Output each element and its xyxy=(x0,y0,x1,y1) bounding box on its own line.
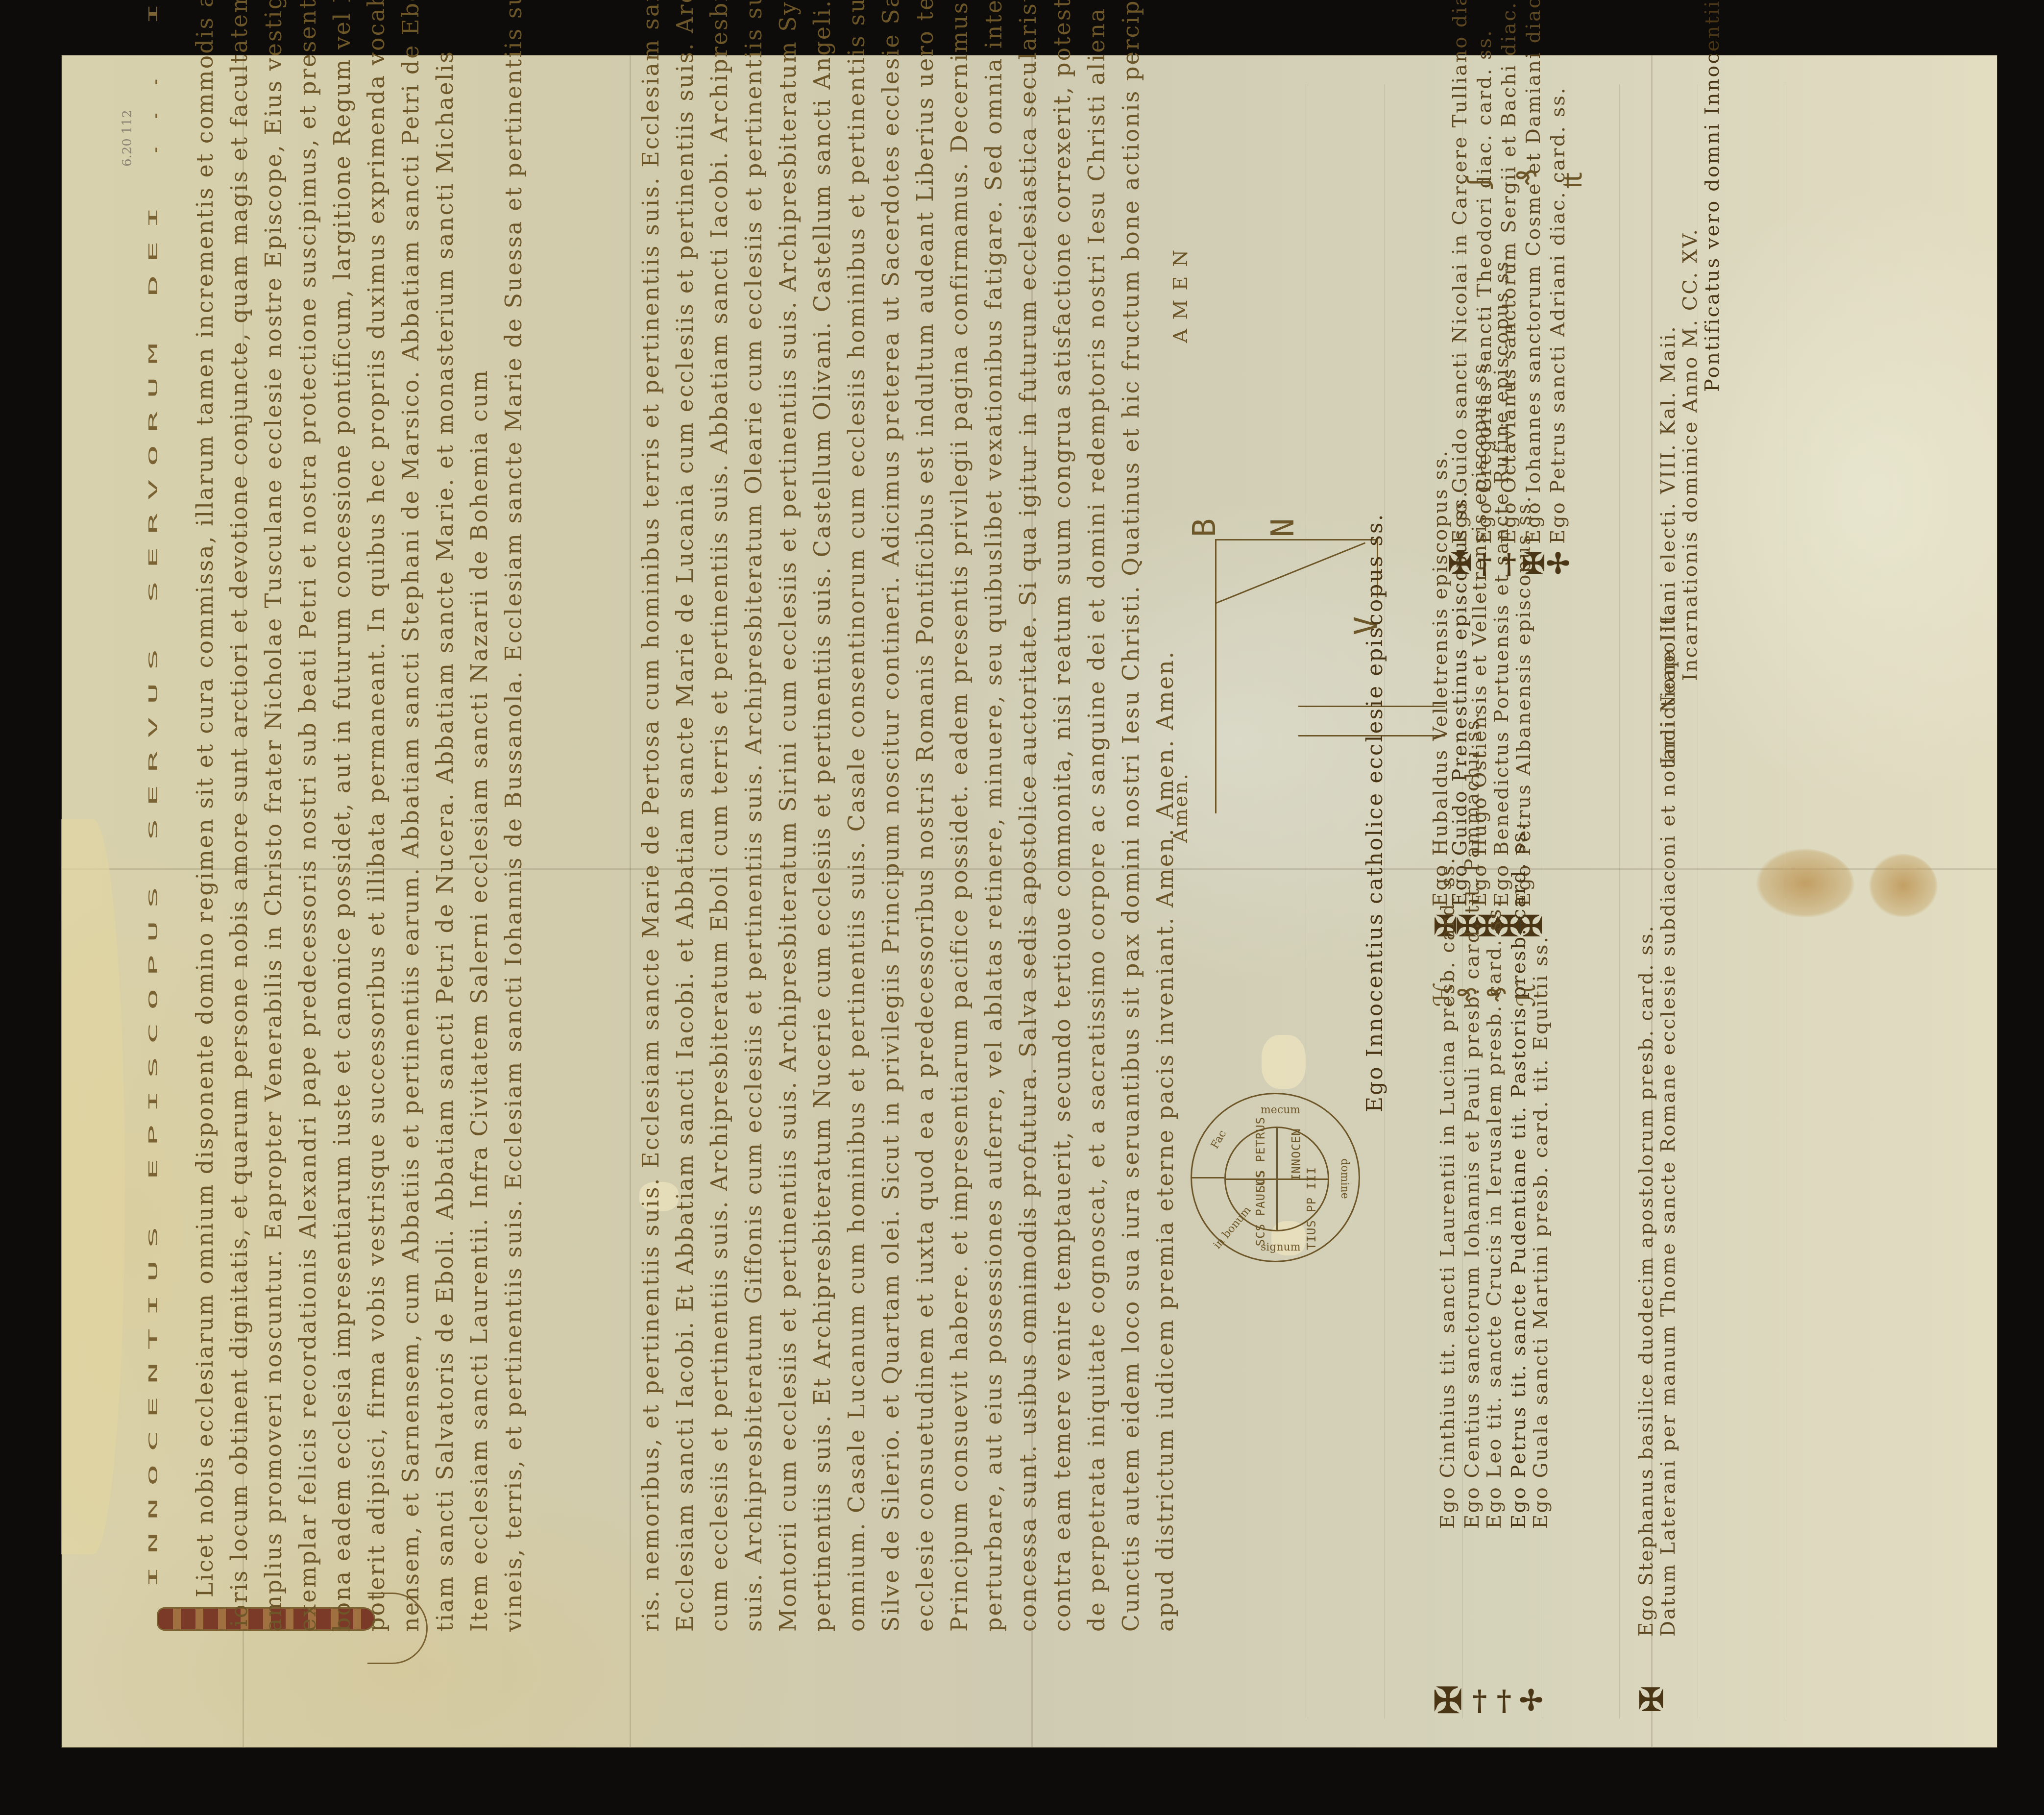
cross-icon: ✢ xyxy=(1543,549,1573,578)
text-line: nensem, et Sarnensem, cum Abbatiis et pe… xyxy=(399,0,422,1632)
text-line: Licet nobis ecclesiarum omnium disponent… xyxy=(194,0,216,1597)
datum-incarnation: Incarnationis dominice Anno M. CC. XV. xyxy=(1680,228,1700,681)
rota-motto-part: mecum xyxy=(1261,1104,1300,1116)
subscription-line: Ego Iohannes sanctorum Cosme et Damiani … xyxy=(1524,0,1543,544)
text-line: vineis, terris, et pertinentiis suis. Ec… xyxy=(502,0,525,1632)
cross-icon: † xyxy=(1489,1686,1519,1715)
amen-mark: Amen. xyxy=(1171,772,1191,843)
rota-sign: SCS PETRUS SCS PAULUS INNOCEN TIUS PP II… xyxy=(1191,1093,1360,1262)
text-line: pertinentiis suis. Et Archipresbiteratum… xyxy=(811,0,833,1632)
monogram-stroke xyxy=(1215,539,1217,603)
rota-motto-part: domine xyxy=(1338,1158,1351,1199)
text-line: contra eam temere venire temptauerit, se… xyxy=(1051,0,1073,1632)
rota-cross-arm xyxy=(1192,1177,1224,1178)
pencil-annotation: 6.20 112 xyxy=(120,110,135,167)
text-line: amplius promoveri noscuntur. Eapropter V… xyxy=(262,0,285,1632)
rota-quadrant: SCS PAULUS xyxy=(1254,1171,1267,1247)
cross-icon: ✢ xyxy=(1516,1686,1546,1715)
datum-pontificate: Pontificatus vero domni Innocentii PP. I… xyxy=(1703,0,1722,392)
text-line: Cunctis autem eidem loco sua iura seruan… xyxy=(1119,0,1142,1632)
water-stain xyxy=(1869,854,1938,917)
text-line: Principum consuevit habere. et impresent… xyxy=(948,0,971,1632)
subscription-line: Ego Hubaldus Velletrensis episcopus ss. xyxy=(1431,449,1450,907)
subscription-line: Ego Cinthius tit. sancti Laurentii in Lu… xyxy=(1438,857,1458,1529)
subscription-line: Ego Guala sancti Martini presb. card. ti… xyxy=(1531,935,1551,1529)
amen-repeat: A M E N xyxy=(1171,248,1191,343)
text-line: Montorii cum ecclesiis et pertinentiis s… xyxy=(777,0,799,1632)
text-line: poterit adipisci, firma vobis vestrisque… xyxy=(365,0,388,1632)
monogram-stroke xyxy=(1215,539,1377,540)
rota-motto-part: Fac xyxy=(1209,1128,1229,1151)
cross-icon: ✠ xyxy=(1636,1686,1666,1715)
text-line: cum ecclesiis et pertinentiis suis. Arch… xyxy=(708,0,730,1632)
datum-line: Datum Laterani per manum Thome sancte Ro… xyxy=(1658,325,1678,1637)
text-line: exemplar felicis recordationis Alexandri… xyxy=(296,0,319,1632)
text-line: ris. nemoribus, et pertinentiis suis. Ec… xyxy=(639,0,662,1632)
subscription-line: Ego Gregorius sancti Theodori diac. card… xyxy=(1475,29,1494,544)
monogram-signature-icon: ₶ xyxy=(1553,172,1590,189)
monogram-letter: N xyxy=(1265,518,1301,538)
water-stain xyxy=(1756,849,1854,917)
subscription-line: Ego Guido sancti Nicolai in Carcere Tull… xyxy=(1450,0,1470,544)
ruling-line xyxy=(1619,84,1620,1718)
pope-subscription: Ego Innocentius catholice ecclesie episc… xyxy=(1364,513,1386,1112)
rota-motto-part: in bonum xyxy=(1211,1204,1253,1251)
text-line: Ecclesiam sancti Iacobi. Et Abbatiam san… xyxy=(674,0,696,1632)
rota-quadrant: INNOCEN xyxy=(1290,1128,1303,1181)
cross-icon: ✠ xyxy=(1433,1686,1462,1715)
parchment-repair-patch xyxy=(1262,1035,1306,1089)
fold-line xyxy=(630,55,631,1748)
text-line: perturbare, aut eius possessiones auferr… xyxy=(982,0,1005,1632)
subscription-line: Ego Centius sanctorum Iohannis et Pauli … xyxy=(1462,711,1482,1529)
text-line: suis. Archipresbiteratum Giffonis cum ec… xyxy=(742,0,765,1632)
text-line: de perpetrata iniquitate cognoscat, et a… xyxy=(1085,0,1108,1632)
subscription-line: Ego Leo tit. sancte Crucis in Ierusalem … xyxy=(1484,900,1504,1529)
rota-quadrant: TIUS PP III xyxy=(1305,1167,1318,1250)
subscription-line: Ego Petrus tit. sancte Pudentiane tit. P… xyxy=(1509,823,1529,1529)
text-line: Item ecclesiam sancti Laurentii. Infra C… xyxy=(468,369,490,1632)
text-line: bona eadem ecclesia impresentiarum iuste… xyxy=(331,0,353,1632)
faded-margin xyxy=(61,819,125,1554)
monogram-signature-icon: ʃ xyxy=(1462,174,1494,191)
text-line: omnium. Casale Lucanum cum hominibus et … xyxy=(845,0,868,1632)
text-line: ecclesie consuetudinem et iuxta quod ea … xyxy=(914,0,936,1632)
text-line: ioris locum obtinent dignitatis, et quar… xyxy=(228,0,250,1627)
subscription-line: Ego Petrus sancti Adriani diac. card. ss… xyxy=(1548,87,1568,544)
intitulatio-elongated: INNOCENTIUS EPISCOPUS SERVUS SERVORUM DE… xyxy=(147,0,159,1588)
text-line: concessa sunt. usibus omnimodis profutur… xyxy=(1017,0,1039,1632)
monogram-letter: B xyxy=(1187,518,1223,538)
monogram-signature-icon: ₰ xyxy=(1511,170,1543,186)
text-line: tiam sancti Salvatoris de Eboli. Abbatia… xyxy=(434,50,456,1632)
ruling-line xyxy=(1306,84,1306,1718)
datum-subscription: Ego Stephanus basilice duodecim apostolo… xyxy=(1636,925,1656,1637)
text-line: Silve de Silerio. et Quartam olei. Sicut… xyxy=(879,0,902,1632)
subscription-line: Ego Octavianus sanctorum Sergii et Bachi… xyxy=(1499,0,1519,544)
rota-motto-part: signum xyxy=(1261,1241,1301,1253)
datum-indiction: Indictione III. xyxy=(1658,606,1678,764)
